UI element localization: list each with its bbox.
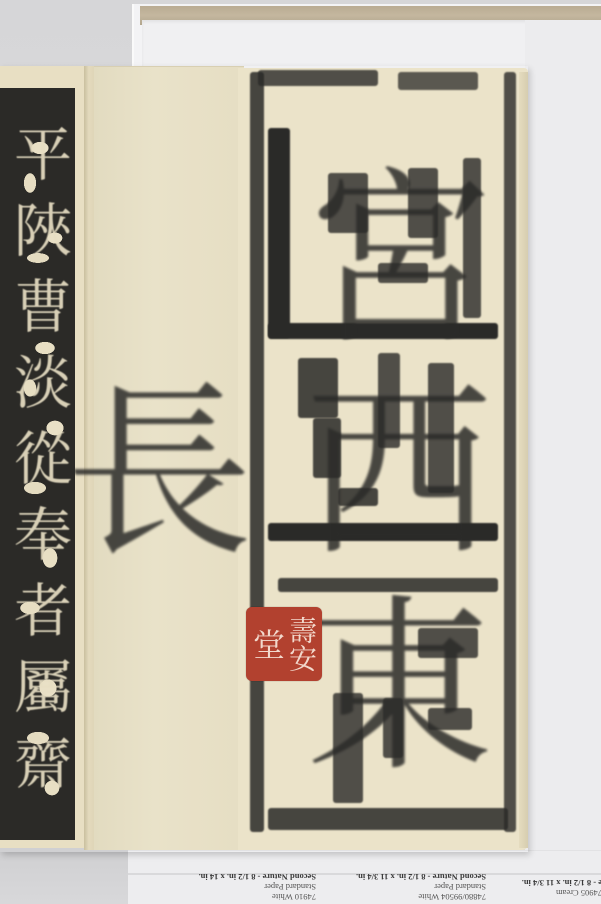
red-seal-stamp: 壽安 堂 (246, 607, 322, 681)
paper-label-title: Second Nature - 8 1/2 in. x 14 in. (166, 872, 316, 882)
paper-label-code: 74905 Cream (490, 888, 601, 898)
ink-stroke (504, 72, 516, 832)
paper-label-code: 74880/99504 White (326, 892, 486, 902)
ink-stroke (398, 72, 478, 90)
right-rubbing-characters: 宮西東長 (262, 120, 502, 840)
paper-label: 74880/99504 White Standard Paper Second … (326, 872, 486, 902)
seal-text-left: 堂 (251, 628, 283, 660)
seal-text-right: 壽安 (285, 616, 317, 672)
paper-label-type: Standard Paper (326, 882, 486, 892)
paper-label: 74910 White Standard Paper Second Nature… (166, 872, 316, 902)
paper-sheet-right (525, 20, 601, 904)
paper-label: 74905 Cream e - 8 1/2 in. x 11 3/4 in. (490, 878, 601, 898)
paper-label-title: Second Nature - 8 1/2 in. x 11 3/4 in. (326, 872, 486, 882)
ink-stroke (258, 70, 378, 86)
paper-label-code: 74910 White (166, 892, 316, 902)
table-surface-bottom (0, 845, 128, 904)
paper-label-type: Standard Paper (166, 882, 316, 892)
paper-label-title: e - 8 1/2 in. x 11 3/4 in. (490, 878, 601, 888)
page-edge (519, 72, 528, 848)
